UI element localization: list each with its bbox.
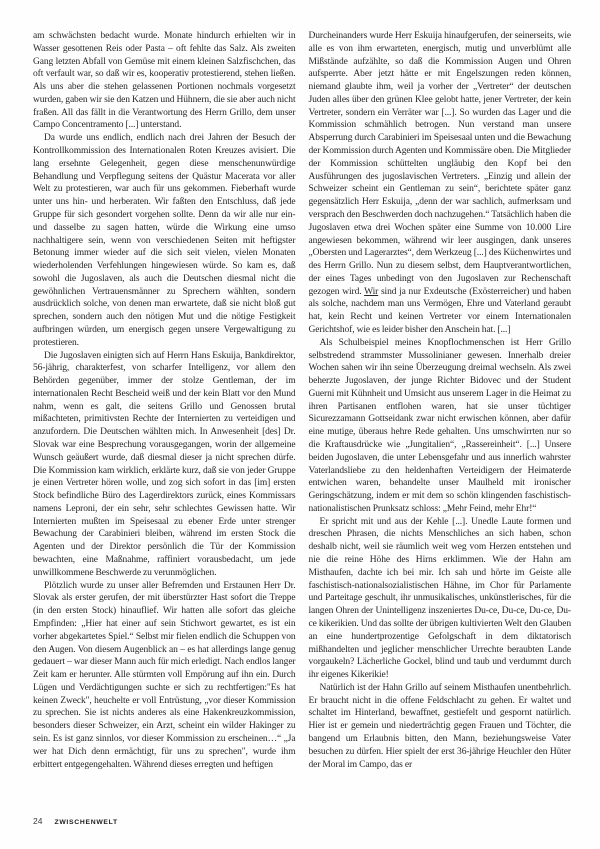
text-segment: am schwächsten bedacht wurde. Monate hin… [33, 31, 296, 130]
text-segment: Er spricht mit und aus der Kehle [...]. … [309, 517, 572, 680]
text-segment: Plötzlich wurde zu unser aller Befremden… [33, 581, 296, 770]
paragraph: Natürlich ist der Hahn Grillo auf seinem… [309, 682, 572, 771]
page-number: 24 [33, 816, 42, 826]
paragraph: Er spricht mit und aus der Kehle [...]. … [309, 516, 572, 682]
text-segment: Durcheinanders wurde Herr Eskuija hinauf… [309, 31, 572, 297]
text-segment: Natürlich ist der Hahn Grillo auf seinem… [309, 683, 572, 770]
paragraph: am schwächsten bedacht wurde. Monate hin… [33, 30, 296, 132]
paragraph: Da wurde uns endlich, endlich nach drei … [33, 132, 296, 349]
text-columns: am schwächsten bedacht wurde. Monate hin… [33, 30, 571, 771]
text-column-right: Durcheinanders wurde Herr Eskuija hinauf… [309, 30, 572, 771]
underlined-text: Wir [364, 287, 378, 297]
magazine-page: am schwächsten bedacht wurde. Monate hin… [0, 0, 600, 849]
text-column-left: am schwächsten bedacht wurde. Monate hin… [33, 30, 296, 771]
text-segment: Da wurde uns endlich, endlich nach drei … [33, 133, 296, 348]
paragraph: Die Jugoslaven einigten sich auf Herrn H… [33, 350, 296, 580]
paragraph: Plötzlich wurde zu unser aller Befremden… [33, 580, 296, 772]
journal-name: ZWISCHENWELT [54, 819, 117, 826]
text-segment: Die Jugoslaven einigten sich auf Herrn H… [33, 351, 296, 578]
text-segment: Als Schulbeispiel meines Knopflochmensch… [309, 338, 572, 514]
page-footer: 24 ZWISCHENWELT [33, 816, 118, 826]
paragraph: Durcheinanders wurde Herr Eskuija hinauf… [309, 30, 572, 337]
paragraph: Als Schulbeispiel meines Knopflochmensch… [309, 337, 572, 516]
